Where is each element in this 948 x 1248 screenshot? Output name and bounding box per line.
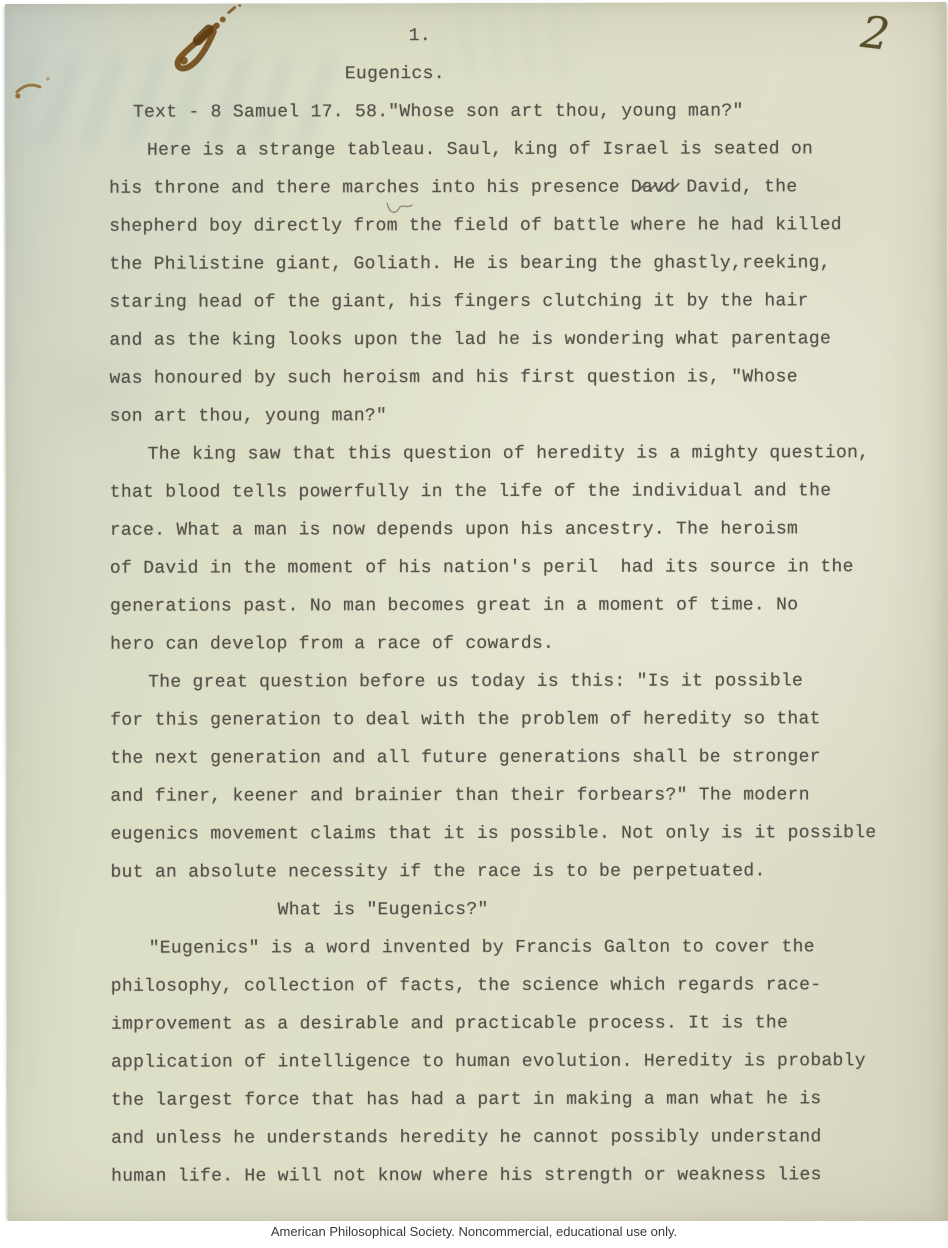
body-line: the largest force that has had a part in… <box>7 1080 948 1120</box>
body-line: "Eugenics" is a word invented by Francis… <box>7 928 948 968</box>
body-line: staring head of the giant, his fingers c… <box>5 282 947 322</box>
body-line: The king saw that this question of hered… <box>6 434 948 474</box>
body-line: application of intelligence to human evo… <box>7 1042 948 1082</box>
section-heading: What is "Eugenics?" <box>7 890 948 930</box>
body-line: hero can develop from a race of cowards. <box>6 624 948 664</box>
typed-text-block: 1. Eugenics. Text - 8 Samuel 17. 58."Who… <box>5 2 948 1196</box>
body-line: and as the king looks upon the lad he is… <box>5 320 947 360</box>
body-line: son art thou, young man?" <box>6 396 948 436</box>
body-line: Here is a strange tableau. Saul, king of… <box>5 130 947 170</box>
body-line: generations past. No man becomes great i… <box>6 586 948 626</box>
page-title: Eugenics. <box>5 54 947 94</box>
scanned-document-page: 2 1. Eugenics. Text - 8 Samuel 17. 58."W… <box>0 0 948 1248</box>
body-line: was honoured by such heroism and his fir… <box>5 358 947 398</box>
body-line: of David in the moment of his nation's p… <box>6 548 948 588</box>
scripture-text-line: Text - 8 Samuel 17. 58."Whose son art th… <box>5 92 947 132</box>
body-line: shepherd boy directly from the field of … <box>5 206 947 246</box>
body-line: the next generation and all future gener… <box>6 738 948 778</box>
body-line: but an absolute necessity if the race is… <box>7 852 948 892</box>
paper-sheet: 2 1. Eugenics. Text - 8 Samuel 17. 58."W… <box>5 2 948 1225</box>
body-line: eugenics movement claims that it is poss… <box>6 814 948 854</box>
body-line: race. What a man is now depends upon his… <box>6 510 948 550</box>
footer-text: American Philosophical Society. Noncomme… <box>271 1224 677 1239</box>
body-line: improvement as a desirable and practicab… <box>7 1004 948 1044</box>
body-line: and finer, keener and brainier than thei… <box>6 776 948 816</box>
body-line: for this generation to deal with the pro… <box>6 700 948 740</box>
body-line: human life. He will not know where his s… <box>7 1156 948 1196</box>
body-line: The great question before us today is th… <box>6 662 948 702</box>
typed-page-number: 1. <box>5 16 947 56</box>
body-line: and unless he understands heredity he ca… <box>7 1118 948 1158</box>
body-line: the Philistine giant, Goliath. He is bea… <box>5 244 947 284</box>
footer-watermark: American Philosophical Society. Noncomme… <box>0 1221 948 1248</box>
body-line: philosophy, collection of facts, the sci… <box>7 966 948 1006</box>
body-line: his throne and there marches into his pr… <box>5 168 947 208</box>
body-line: that blood tells powerfully in the life … <box>6 472 948 512</box>
